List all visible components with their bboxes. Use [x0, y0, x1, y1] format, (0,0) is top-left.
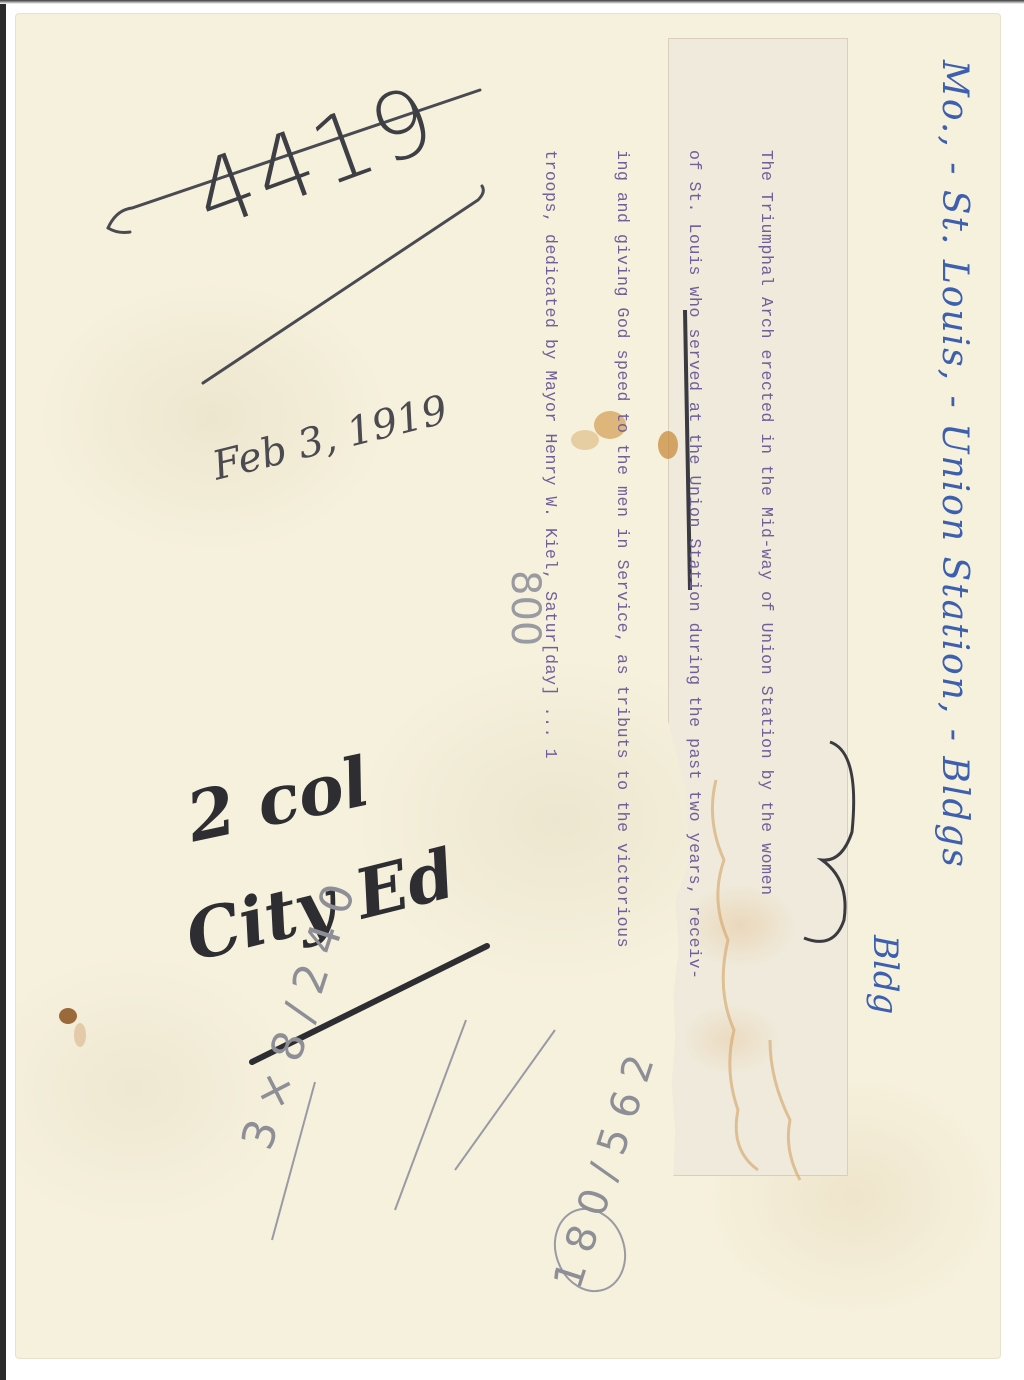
faint-number: 800: [502, 570, 548, 646]
caption-line-3: ing and giving God speed to the men in S…: [610, 150, 634, 1150]
photo-back-paper: [16, 14, 1000, 1358]
caption-line-1: The Triumphal Arch erected in the Mid-wa…: [754, 150, 778, 1150]
scan-edge-top: [0, 0, 1024, 4]
caption-line-2: of St. Louis who served at the Union Sta…: [682, 150, 706, 1150]
handwritten-location: Mo., - St. Louis, - Union Station, - Bld…: [934, 60, 975, 869]
caption-line-4: troops, dedicated by Mayor Henry W. Kiel…: [538, 150, 562, 1150]
typed-caption: The Triumphal Arch erected in the Mid-wa…: [514, 150, 826, 1150]
handwritten-side-note: Bldg: [865, 935, 905, 1014]
scan-edge-left: [0, 0, 6, 1380]
